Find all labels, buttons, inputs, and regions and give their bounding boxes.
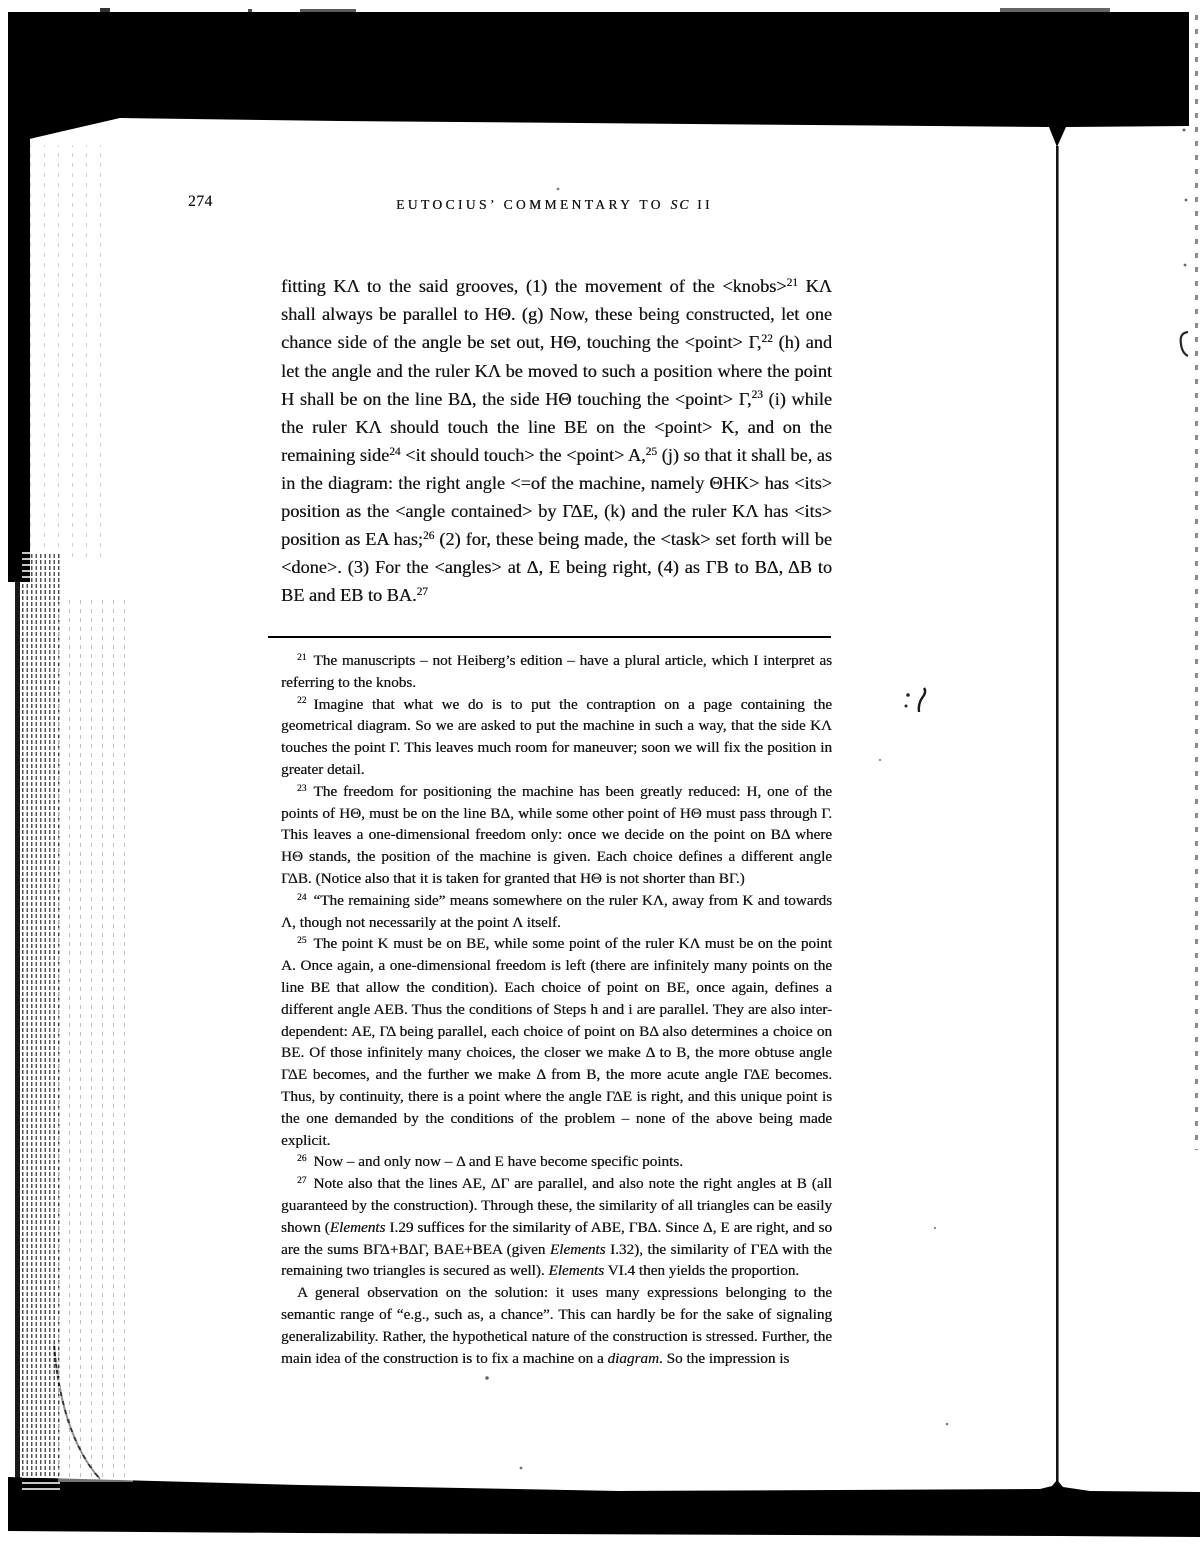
superscript-ref: 21 xyxy=(787,277,798,289)
text-run: “The remaining side” means somewhere on … xyxy=(281,892,832,931)
text-run: VI.4 then yields the proportion. xyxy=(604,1262,799,1279)
ink-smudge xyxy=(905,705,908,708)
footnote-number: 26 xyxy=(297,1154,306,1164)
italic-text: diagram xyxy=(607,1350,658,1367)
superscript-ref: 22 xyxy=(761,333,772,345)
scan-bottom-border xyxy=(8,1477,1200,1537)
speckle xyxy=(520,1467,523,1470)
text-run: fitting KΛ to the said grooves, (1) the … xyxy=(281,276,787,296)
speckle xyxy=(557,188,560,191)
running-header-text: II xyxy=(690,197,713,212)
footnote-21: 21The manuscripts – not Heiberg’s editio… xyxy=(281,650,832,694)
superscript-ref: 24 xyxy=(389,446,400,458)
binding-streaks-dense xyxy=(22,552,60,1490)
running-header-italic: SC xyxy=(671,197,691,212)
text-run: <it should touch> the <point> A, xyxy=(401,445,646,465)
page-number: 274 xyxy=(188,193,213,211)
footnote-number: 22 xyxy=(297,696,306,706)
footnote-number: 24 xyxy=(297,893,306,903)
speckle xyxy=(934,1227,936,1229)
binding-bar xyxy=(8,120,30,582)
superscript-ref: 23 xyxy=(752,389,763,401)
edge-dot xyxy=(1183,129,1186,132)
superscript-ref: 26 xyxy=(423,530,434,542)
footnote-22: 22Imagine that what we do is to put the … xyxy=(281,694,832,781)
scan-edge-tick xyxy=(248,9,252,13)
main-paragraph: fitting KΛ to the said grooves, (1) the … xyxy=(281,272,832,609)
italic-text: Elements xyxy=(550,1241,606,1258)
footnote-text: The point K must be on BE, while some po… xyxy=(281,935,832,1148)
footnote-26: 26Now – and only now – Δ and E have beco… xyxy=(281,1151,832,1173)
ink-smudge xyxy=(906,693,910,697)
footnote-27: 27Note also that the lines AE, ΔΓ are pa… xyxy=(281,1173,832,1282)
closing-paragraph: A general observation on the solution: i… xyxy=(281,1282,832,1369)
superscript-ref: 27 xyxy=(417,586,428,598)
scan-edge-tick xyxy=(100,8,110,13)
footnote-number: 25 xyxy=(297,936,306,946)
footnote-rule xyxy=(268,636,831,638)
footnote-24: 24“The remaining side” means somewhere o… xyxy=(281,890,832,934)
scan-edge-tick xyxy=(1000,8,1110,12)
running-header-text: EUTOCIUS’ COMMENTARY TO xyxy=(396,197,670,212)
text-run: The point K must be on BE, while some po… xyxy=(281,935,832,1148)
footnote-text: Note also that the lines AE, ΔΓ are para… xyxy=(281,1175,832,1279)
footnote-number: 27 xyxy=(297,1176,306,1186)
edge-dot xyxy=(1185,74,1188,77)
scan-edge-tick xyxy=(300,9,356,13)
text-run: The manuscripts – not Heiberg’s edition … xyxy=(281,652,832,691)
footnote-25: 25The point K must be on BE, while some … xyxy=(281,933,832,1151)
italic-text: Elements xyxy=(330,1219,386,1236)
speckle xyxy=(879,759,881,761)
ink-smudge xyxy=(919,688,925,712)
footnote-text: “The remaining side” means somewhere on … xyxy=(281,892,832,931)
footnote-text: The manuscripts – not Heiberg’s edition … xyxy=(281,652,832,691)
text-run: Imagine that what we do is to put the co… xyxy=(281,696,832,778)
footnote-number: 23 xyxy=(297,784,306,794)
edge-dot xyxy=(1184,38,1187,41)
superscript-ref: 25 xyxy=(646,446,657,458)
italic-text: Elements xyxy=(548,1262,604,1279)
footnote-text: Now – and only now – Δ and E have become… xyxy=(313,1153,683,1170)
binding-streaks-upper xyxy=(30,145,106,563)
footnote-23: 23The freedom for positioning the machin… xyxy=(281,781,832,890)
footnote-number: 21 xyxy=(297,653,306,663)
binding-line xyxy=(15,578,20,1490)
scan-top-border xyxy=(8,12,1189,147)
gutter-line xyxy=(1056,146,1059,1486)
text-run: . So the impression is xyxy=(659,1350,789,1367)
text-run: The freedom for positioning the machine … xyxy=(281,783,832,887)
running-header: EUTOCIUS’ COMMENTARY TO SC II xyxy=(279,197,830,213)
speckle xyxy=(485,1376,489,1380)
footnote-text: Imagine that what we do is to put the co… xyxy=(281,696,832,778)
binding-streaks-sparse xyxy=(58,600,133,1482)
edge-dot xyxy=(1185,199,1188,202)
margin-bracket-mark xyxy=(1181,332,1188,356)
footnote-text: The freedom for positioning the machine … xyxy=(281,783,832,887)
speckle xyxy=(946,1423,949,1426)
edge-dot xyxy=(1184,264,1187,267)
text-run: Now – and only now – Δ and E have become… xyxy=(313,1153,683,1170)
footnotes-section: 21The manuscripts – not Heiberg’s editio… xyxy=(281,650,832,1369)
